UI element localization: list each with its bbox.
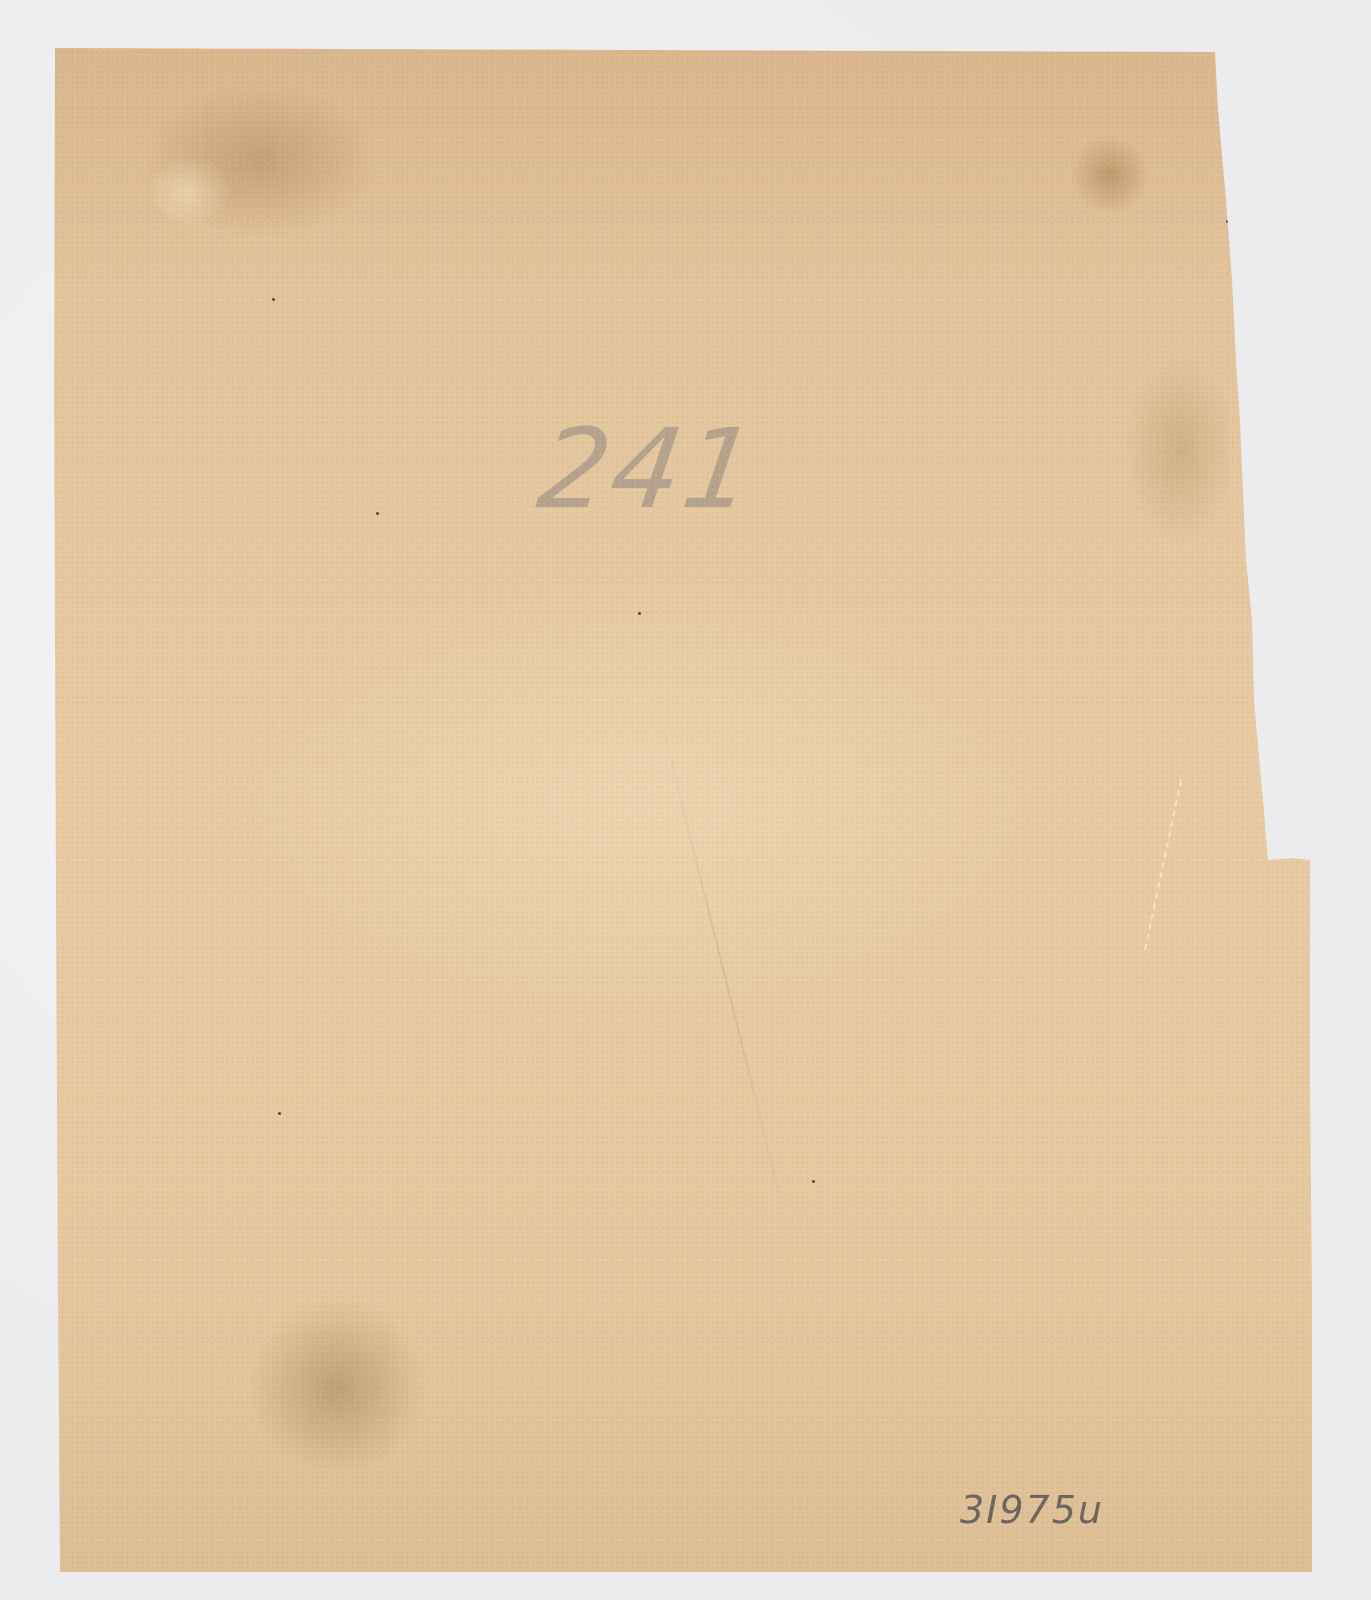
paper-card: 241 3I975u: [0, 0, 1371, 1600]
paper-crease: [1144, 780, 1242, 950]
speck: [272, 298, 275, 301]
speck: [376, 512, 379, 515]
catalog-number: 3I975u: [960, 1488, 1104, 1532]
speck: [278, 1112, 281, 1115]
handwritten-number: 241: [531, 405, 765, 533]
faint-pencil-stroke: [655, 700, 792, 1244]
speck: [812, 1180, 815, 1183]
speck: [638, 612, 641, 615]
